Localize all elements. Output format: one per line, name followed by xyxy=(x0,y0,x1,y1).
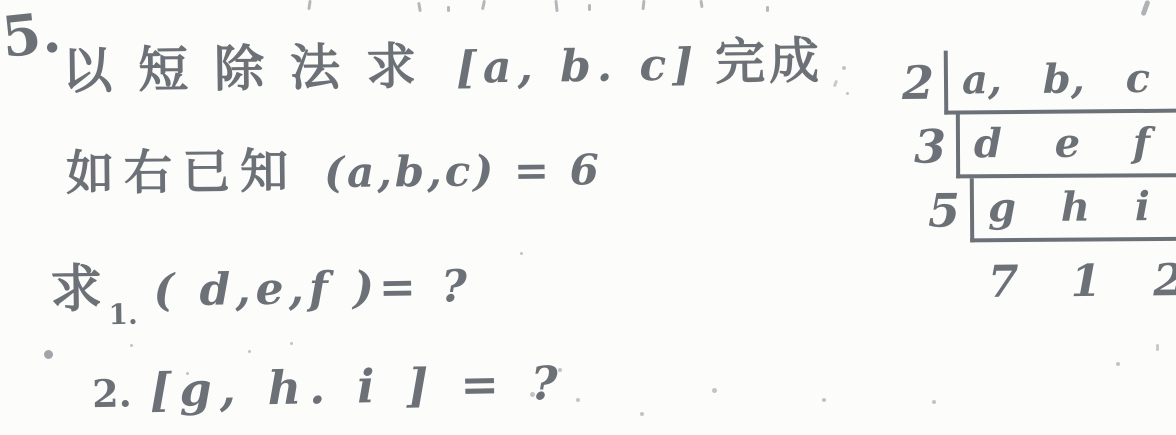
division-row-3: 5 g h i xyxy=(868,177,1176,243)
division-cell: i xyxy=(1135,183,1151,230)
stray-mark xyxy=(554,0,558,12)
line2-text: 如右已知 xyxy=(66,132,299,203)
stray-mark xyxy=(481,0,486,10)
stray-mark xyxy=(1156,344,1159,351)
division-cell: h xyxy=(1061,183,1090,230)
stray-mark xyxy=(640,412,644,416)
stray-mark xyxy=(822,398,826,402)
question-2-expression: [g, h. i ] = ? xyxy=(149,356,566,417)
question-1-expression: ( d,e,f )= ? xyxy=(153,261,472,316)
stray-mark xyxy=(290,342,293,345)
division-row-1-divisor: 2 xyxy=(868,51,945,116)
stray-mark xyxy=(842,66,846,70)
stray-mark xyxy=(1140,0,1150,16)
division-row-3-divisor: 5 xyxy=(868,178,970,243)
division-row-3-dividend: g h i xyxy=(970,177,1176,242)
division-cell: f xyxy=(1133,119,1150,166)
division-result-cell: 7 xyxy=(988,257,1019,308)
stray-mark xyxy=(641,0,645,10)
question-1-number: 1. xyxy=(108,298,138,331)
problem-line-given: 如右已知 (a,b,c) = 6 xyxy=(66,129,603,204)
question-1: 求 1. ( d,e,f )= ? xyxy=(49,241,472,322)
division-cell: d xyxy=(974,120,1002,167)
worksheet-scan: 5. 以短除法求 [a, b. c] 完成 如右已知 (a,b,c) = 6 求… xyxy=(0,0,1176,435)
problem-line-method: 以短除法求 [a, b. c] 完成 xyxy=(62,21,824,104)
division-result-cell: 2 xyxy=(1153,255,1176,306)
stray-mark xyxy=(699,0,703,8)
stray-mark xyxy=(766,6,769,12)
stray-mark xyxy=(576,398,580,402)
stray-mark xyxy=(447,6,450,12)
division-cell: g xyxy=(988,184,1016,231)
line1-text: 以短除法求 xyxy=(62,26,443,103)
stray-mark xyxy=(248,350,251,353)
question-2: 2. [g, h. i ] = ? xyxy=(92,356,567,418)
division-cell: e xyxy=(1055,119,1081,166)
division-row-1: 2 a, b, c xyxy=(868,49,1176,116)
stray-mark xyxy=(530,392,535,397)
stray-mark xyxy=(417,2,422,12)
stray-mark xyxy=(712,388,717,393)
division-result-row: 7 1 2 xyxy=(988,255,1176,308)
division-row-2-dividend: d e f xyxy=(956,113,1176,178)
division-row-1-dividend: a, b, c xyxy=(944,49,1176,115)
short-division-diagram: 2 a, b, c 3 d e f 5 g h i 7 1 xyxy=(868,50,1176,307)
division-row-2-divisor: 3 xyxy=(868,114,956,178)
division-cell: a, xyxy=(962,56,1002,103)
stray-mark xyxy=(588,4,591,11)
stray-mark xyxy=(1116,362,1120,366)
problem-number: 5. xyxy=(0,0,64,71)
question-2-number: 2. xyxy=(92,370,132,416)
stray-mark xyxy=(520,252,523,255)
line1-suffix: 完成 xyxy=(714,21,823,95)
stray-mark xyxy=(130,344,133,347)
division-cell: c xyxy=(1125,54,1150,101)
stray-mark xyxy=(44,350,53,359)
division-result-cell: 1 xyxy=(1070,256,1101,307)
stray-mark xyxy=(558,368,562,372)
division-cell: b, xyxy=(1043,55,1085,102)
stray-mark xyxy=(307,0,311,10)
stray-mark xyxy=(846,92,849,95)
question-label: 求 xyxy=(49,246,102,322)
stray-mark xyxy=(833,80,838,88)
stray-mark xyxy=(186,372,189,375)
division-row-2: 3 d e f xyxy=(868,113,1176,179)
line1-expression: [a, b. c] xyxy=(456,39,700,93)
stray-mark xyxy=(932,400,936,404)
line2-expression: (a,b,c) = 6 xyxy=(324,145,602,197)
